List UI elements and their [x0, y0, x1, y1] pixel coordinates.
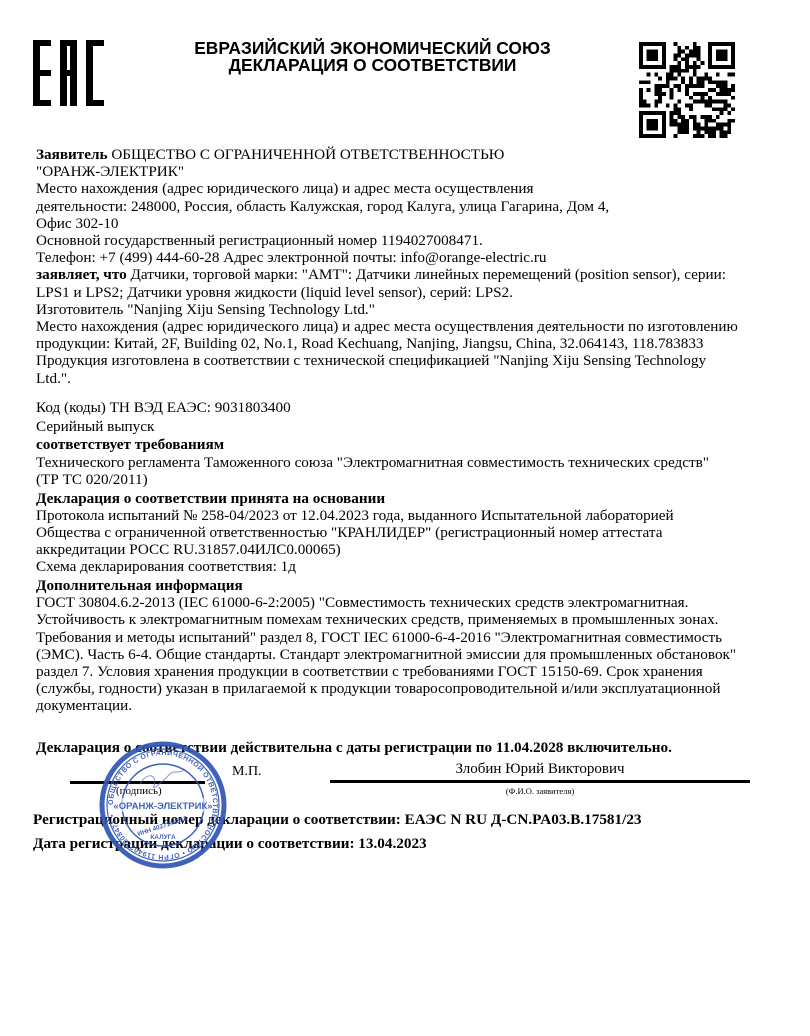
eac-mark-icon [33, 40, 105, 106]
applicant-address-2: деятельности: 248000, Россия, область Ка… [36, 198, 796, 215]
basis-line-1: Протокола испытаний № 258-04/2023 от 12.… [36, 507, 796, 524]
svg-text:КАЛУГА: КАЛУГА [150, 834, 176, 841]
product-section: Код (коды) ТН ВЭД ЕАЭС: 9031803400 Серий… [36, 399, 796, 715]
additional-heading: Дополнительная информация [36, 577, 796, 594]
additional-line: (службы, годности) указан в прилагаемой … [36, 680, 796, 697]
applicant-name: ОБЩЕСТВО С ОГРАНИЧЕННОЙ ОТВЕТСТВЕННОСТЬЮ [108, 146, 505, 163]
applicant-address-1: Место нахождения (адрес юридического лиц… [36, 180, 796, 197]
company-seal-stamp: ОБЩЕСТВО С ОГРАНИЧЕННОЙ ОТВЕТСТВЕННОСТЬЮ… [98, 740, 228, 870]
applicant-name-2: "ОРАНЖ-ЭЛЕКТРИК" [36, 163, 796, 180]
additional-line: ГОСТ 30804.6.2-2013 (IEC 61000-6-2:2005)… [36, 594, 796, 611]
signer-name-line [330, 780, 750, 783]
signer-name: Злобин Юрий Викторович [330, 761, 750, 778]
additional-line: Устойчивость к электромагнитным помехам … [36, 611, 796, 628]
basis-heading: Декларация о соответствии принята на осн… [36, 490, 796, 507]
applicant-label: Заявитель [36, 146, 108, 163]
manufacturer-address-2: продукции: Китай, 2F, Building 02, No.1,… [36, 335, 796, 352]
additional-line: Требования и методы испытаний" раздел 8,… [36, 629, 796, 646]
declares-label: заявляет, что [36, 266, 127, 283]
declares-line-2: LPS1 и LPS2; Датчики уровня жидкости (li… [36, 284, 796, 301]
basis-line-2: Общества с ограниченной ответственностью… [36, 524, 796, 541]
additional-line: раздел 7. Условия хранения продукции в с… [36, 663, 796, 680]
document-title: ЕВРАЗИЙСКИЙ ЭКОНОМИЧЕСКИЙ СОЮЗ ДЕКЛАРАЦИ… [150, 40, 595, 74]
signer-caption: (Ф.И.О. заявителя) [330, 786, 750, 796]
tn-ved-code: Код (коды) ТН ВЭД ЕАЭС: 9031803400 [36, 399, 796, 416]
seal-place-label: М.П. [232, 764, 262, 780]
applicant-line: Заявитель ОБЩЕСТВО С ОГРАНИЧЕННОЙ ОТВЕТС… [36, 146, 796, 163]
manufacturer-spec-2: Ltd.". [36, 370, 796, 387]
applicant-ogrn: Основной государственный регистрационный… [36, 232, 796, 249]
applicant-section: Заявитель ОБЩЕСТВО С ОГРАНИЧЕННОЙ ОТВЕТС… [36, 146, 796, 387]
release-type: Серийный выпуск [36, 418, 796, 435]
applicant-contacts: Телефон: +7 (499) 444-60-28 Адрес электр… [36, 249, 796, 266]
manufacturer-name: Изготовитель "Nanjing Xiju Sensing Techn… [36, 301, 796, 318]
declares-text: Датчики, торговой марки: "АМТ": Датчики … [127, 266, 726, 283]
additional-line: (ЭМС). Часть 6-4. Общие стандарты. Станд… [36, 646, 796, 663]
svg-text:«ОРАНЖ-ЭЛЕКТРИК»: «ОРАНЖ-ЭЛЕКТРИК» [113, 801, 212, 812]
applicant-address-3: Офис 302-10 [36, 215, 796, 232]
manufacturer-address-1: Место нахождения (адрес юридического лиц… [36, 318, 796, 335]
qr-code-icon[interactable] [638, 42, 736, 138]
manufacturer-spec-1: Продукция изготовлена в соответствии с т… [36, 352, 796, 369]
registration-date: Дата регистрации декларации о соответств… [33, 835, 427, 853]
declaration-scheme: Схема декларирования соответствия: 1д [36, 558, 796, 575]
conformity-line-1: Технического регламента Таможенного союз… [36, 454, 796, 471]
conformity-line-2: (ТР ТС 020/2011) [36, 471, 796, 488]
basis-line-3: аккредитации РОСС RU.31857.04ИЛС0.00065) [36, 541, 796, 558]
title-declaration: ДЕКЛАРАЦИЯ О СООТВЕТСТВИИ [150, 57, 595, 74]
conformity-heading: соответствует требованиям [36, 436, 796, 453]
declares-line-1: заявляет, что Датчики, торговой марки: "… [36, 266, 796, 283]
additional-line: документации. [36, 697, 796, 714]
